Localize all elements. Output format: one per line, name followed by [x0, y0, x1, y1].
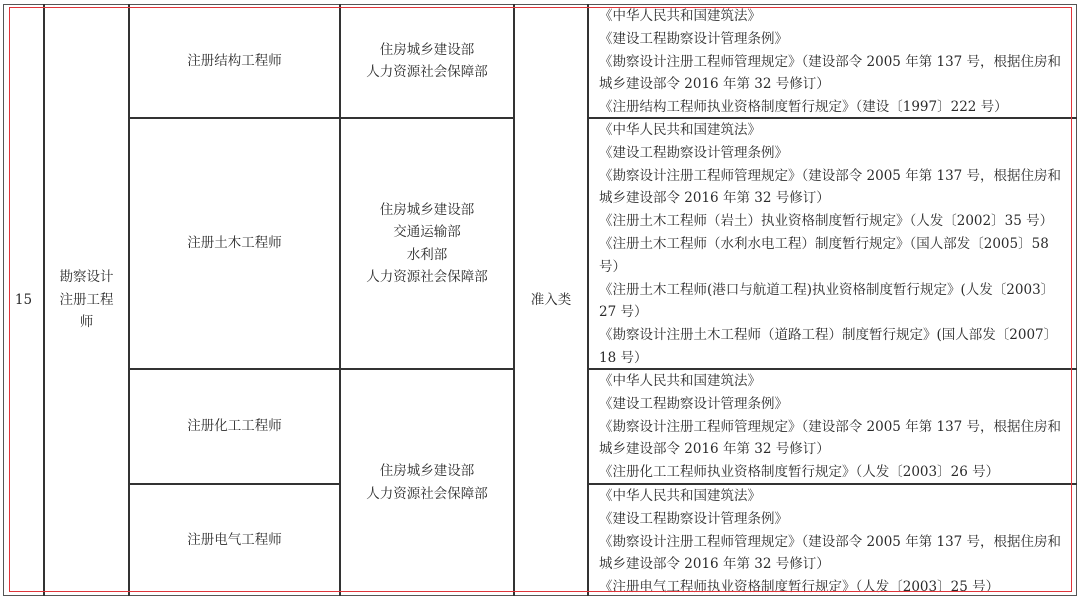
department: 人力资源社会保障部	[366, 266, 488, 289]
subrow-name: 注册结构工程师	[187, 50, 282, 73]
subrow-name-cell: 注册土木工程师	[130, 119, 339, 368]
document-item: 《建设工程勘察设计管理条例》	[599, 508, 1065, 531]
department-cell: 住房城乡建设部 人力资源社会保障部	[341, 370, 513, 595]
department: 水利部	[366, 244, 488, 267]
department: 交通运输部	[366, 221, 488, 244]
document-item: 《注册土木工程师(港口与航道工程)执业资格制度暂行规定》(人发〔2003〕27 …	[599, 279, 1065, 325]
category-line: 师	[60, 311, 114, 334]
subrow-name-cell: 注册结构工程师	[130, 5, 339, 117]
documents-cell: 《中华人民共和国建筑法》 《建设工程勘察设计管理条例》 《勘察设计注册工程师管理…	[589, 119, 1075, 368]
qualification-type: 准入类	[531, 289, 572, 312]
document-item: 《中华人民共和国建筑法》	[599, 485, 1065, 508]
document-item: 《中华人民共和国建筑法》	[599, 119, 1065, 142]
row-index-cell: 15	[4, 5, 43, 595]
document-item: 《勘察设计注册土木工程师（道路工程）制度暂行规定》(国人部发〔2007〕18 号…	[599, 324, 1065, 370]
department: 人力资源社会保障部	[366, 483, 488, 506]
document-item: 《注册结构工程师执业资格制度暂行规定》（建设〔1997〕222 号）	[599, 96, 1065, 119]
row-index: 15	[15, 289, 32, 312]
document-item: 《注册土木工程师（水利水电工程）制度暂行规定》（国人部发〔2005〕58 号）	[599, 233, 1065, 279]
subrow-name: 注册土木工程师	[187, 232, 282, 255]
department: 住房城乡建设部	[366, 199, 488, 222]
document-item: 《勘察设计注册工程师管理规定》（建设部令 2005 年第 137 号，根据住房和…	[599, 165, 1065, 211]
document-item: 《注册电气工程师执业资格制度暂行规定》（人发〔2003〕25 号）	[599, 576, 1065, 599]
subrow-name-cell: 注册化工工程师	[130, 370, 339, 483]
category-line: 注册工程	[60, 289, 114, 312]
subrow-name-cell: 注册电气工程师	[130, 485, 339, 595]
category-line: 勘察设计	[60, 266, 114, 289]
subrow-name: 注册电气工程师	[187, 529, 282, 552]
department-cell: 住房城乡建设部 人力资源社会保障部	[341, 5, 513, 117]
department-cell: 住房城乡建设部 交通运输部 水利部 人力资源社会保障部	[341, 119, 513, 368]
document-item: 《建设工程勘察设计管理条例》	[599, 142, 1065, 165]
department: 住房城乡建设部	[366, 460, 488, 483]
document-item: 《注册土木工程师（岩土）执业资格制度暂行规定》（人发〔2002〕35 号）	[599, 210, 1065, 233]
document-item: 《中华人民共和国建筑法》	[599, 370, 1065, 393]
department: 人力资源社会保障部	[366, 61, 488, 84]
document-item: 《勘察设计注册工程师管理规定》（建设部令 2005 年第 137 号，根据住房和…	[599, 416, 1065, 462]
document-item: 《建设工程勘察设计管理条例》	[599, 393, 1065, 416]
category-cell: 勘察设计 注册工程 师	[45, 5, 128, 595]
document-item: 《建设工程勘察设计管理条例》	[599, 28, 1065, 51]
document-item: 《勘察设计注册工程师管理规定》（建设部令 2005 年第 137 号，根据住房和…	[599, 531, 1065, 577]
department: 住房城乡建设部	[366, 39, 488, 62]
document-item: 《中华人民共和国建筑法》	[599, 5, 1065, 28]
document-item: 《注册化工工程师执业资格制度暂行规定》（人发〔2003〕26 号）	[599, 461, 1065, 484]
type-cell: 准入类	[515, 5, 587, 595]
document-item: 《勘察设计注册工程师管理规定》（建设部令 2005 年第 137 号，根据住房和…	[599, 51, 1065, 97]
documents-cell: 《中华人民共和国建筑法》 《建设工程勘察设计管理条例》 《勘察设计注册工程师管理…	[589, 485, 1075, 595]
documents-cell: 《中华人民共和国建筑法》 《建设工程勘察设计管理条例》 《勘察设计注册工程师管理…	[589, 370, 1075, 483]
documents-cell: 《中华人民共和国建筑法》 《建设工程勘察设计管理条例》 《勘察设计注册工程师管理…	[589, 5, 1075, 117]
subrow-name: 注册化工工程师	[187, 415, 282, 438]
